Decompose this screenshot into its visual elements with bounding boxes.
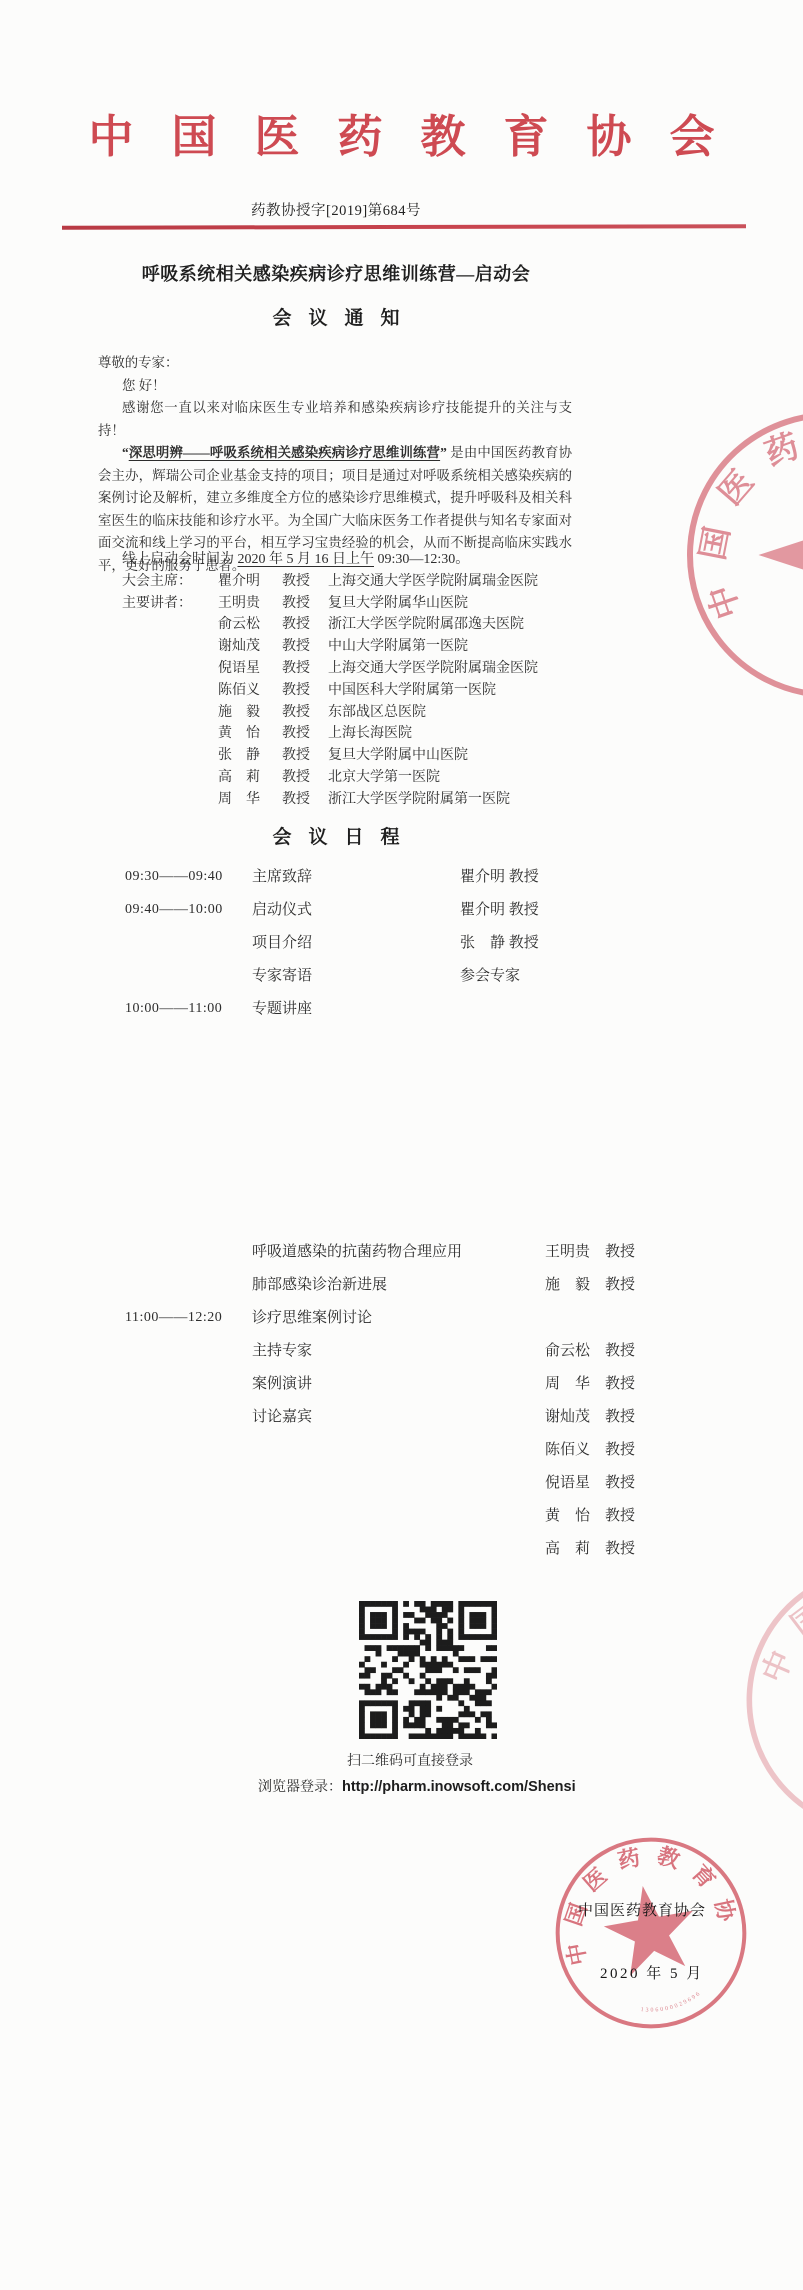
- login-qr-code: [359, 1601, 497, 1739]
- speaker-title: 教授: [282, 767, 310, 789]
- agenda-row: 高 莉 教授: [0, 1540, 803, 1573]
- seal-ring-text: 中国医药教育协会: [535, 1817, 743, 1972]
- speaker-name: 周 华: [218, 789, 260, 811]
- signature-org-name: 中国医药教育协会: [578, 1899, 706, 1920]
- speaker-name: 黄 怡: [218, 723, 260, 745]
- speaker-row: 俞云松 教授 浙江大学医学院附属邵逸夫医院: [98, 614, 758, 636]
- agenda-presenter: 瞿介明 教授: [460, 901, 539, 919]
- agenda-presenter: 黄 怡 教授: [545, 1507, 635, 1525]
- agenda-presenter: 倪语星 教授: [545, 1474, 635, 1492]
- speaker-row: 倪语星 教授 上海交通大学医学院附属瑞金医院: [98, 658, 758, 680]
- time-prefix: 线上启动会时间为: [122, 552, 238, 567]
- speaker-hospital: 中山大学附属第一医院: [328, 636, 468, 658]
- agenda-presenter: 周 华 教授: [545, 1375, 635, 1393]
- speaker-row: 主要讲者： 王明贵 教授 复旦大学附属华山医院: [98, 593, 758, 615]
- speaker-title: 教授: [282, 636, 310, 658]
- speaker-row: 黄 怡 教授 上海长海医院: [98, 723, 758, 745]
- agenda-item: 专题讲座: [252, 1000, 312, 1018]
- speaker-row: 张 静 教授 复旦大学附属中山医院: [98, 745, 758, 767]
- speaker-row: 施 毅 教授 东部战区总医院: [98, 702, 758, 724]
- agenda-time: 10:00——11:00: [125, 1000, 222, 1018]
- quote-open: “: [122, 445, 129, 460]
- letterhead-org-title: 中国医药教育协会: [19, 100, 803, 165]
- speaker-hospital: 北京大学第一医院: [328, 767, 440, 789]
- agenda-presenter: 施 毅 教授: [545, 1276, 635, 1294]
- speaker-title: 教授: [282, 789, 310, 811]
- speaker-hospital: 上海交通大学医学院附属瑞金医院: [328, 658, 538, 680]
- meeting-date-underlined: 2020 年 5 月 16 日上午: [238, 552, 375, 567]
- speaker-name: 谢灿茂: [218, 636, 260, 658]
- agenda-item: 启动仪式: [252, 901, 312, 919]
- letterhead-divider-line: [62, 224, 746, 229]
- seal-ring: [543, 1825, 759, 2041]
- browser-login-line: 浏览器登录：http://pharm.inowsoft.com/Shensi: [258, 1776, 576, 1796]
- greeting: 您 好！: [98, 375, 572, 398]
- speaker-name: 高 莉: [218, 767, 260, 789]
- agenda-item: 专家寄语: [252, 967, 312, 985]
- speaker-list: 大会主席： 瞿介明 教授 上海交通大学医学院附属瑞金医院 主要讲者： 王明贵 教…: [98, 571, 758, 811]
- page-title: 呼吸系统相关感染疾病诊疗思维训练营—启动会: [0, 260, 672, 286]
- agenda-item: 肺部感染诊治新进展: [252, 1276, 387, 1294]
- speaker-row: 大会主席： 瞿介明 教授 上海交通大学医学院附属瑞金医院: [98, 571, 758, 593]
- salutation: 尊敬的专家：: [98, 352, 572, 375]
- agenda-block-1: 09:30——09:40 主席致辞 瞿介明 教授 09:40——10:00 启动…: [0, 868, 803, 1033]
- speaker-title: 教授: [282, 571, 310, 593]
- speaker-title: 教授: [282, 745, 310, 767]
- speaker-hospital: 中国医科大学附属第一医院: [328, 680, 496, 702]
- letter-body: 尊敬的专家： 您 好！ 感谢您一直以来对临床医生专业培养和感染疾病诊疗技能提升的…: [98, 352, 572, 577]
- speaker-name: 施 毅: [218, 702, 260, 724]
- agenda-item: 案例演讲: [252, 1375, 312, 1393]
- signature-date: 2020 年 5 月: [600, 1962, 704, 1983]
- speaker-title: 教授: [282, 614, 310, 636]
- paragraph-thanks: 感谢您一直以来对临床医生专业培养和感染疾病诊疗技能提升的关注与支持！: [98, 397, 572, 442]
- project-name-highlight: 深思明辨——呼吸系统相关感染疾病诊疗思维训练营: [129, 445, 440, 460]
- agenda-row: 呼吸道感染的抗菌药物合理应用 王明贵 教授: [0, 1243, 803, 1276]
- agenda-row: 陈佰义 教授: [0, 1441, 803, 1474]
- official-seal-bottom: 中国医药教育协会 1306000029696: [535, 1817, 767, 2049]
- agenda-block-2: 呼吸道感染的抗菌药物合理应用 王明贵 教授 肺部感染诊治新进展 施 毅 教授 1…: [0, 1243, 803, 1573]
- agenda-item: 呼吸道感染的抗菌药物合理应用: [252, 1243, 462, 1261]
- speaker-hospital: 浙江大学医学院附属第一医院: [328, 789, 510, 811]
- speaker-name: 王明贵: [218, 593, 260, 615]
- speaker-name: 倪语星: [218, 658, 260, 680]
- agenda-item: 诊疗思维案例讨论: [252, 1309, 372, 1327]
- meeting-time-line: 线上启动会时间为 2020 年 5 月 16 日上午 09:30—12:30。: [98, 549, 758, 571]
- agenda-row: 肺部感染诊治新进展 施 毅 教授: [0, 1276, 803, 1309]
- login-label: 浏览器登录：: [258, 1780, 342, 1795]
- seal-ring: [707, 1527, 803, 1872]
- speaker-title: 教授: [282, 593, 310, 615]
- agenda-item: 主持专家: [252, 1342, 312, 1360]
- agenda-row: 项目介绍 张 静 教授: [0, 934, 803, 967]
- speaker-name: 陈佰义: [218, 680, 260, 702]
- login-url: http://pharm.inowsoft.com/Shensi: [342, 1779, 576, 1795]
- speaker-name: 瞿介明: [218, 571, 260, 593]
- agenda-time: 09:40——10:00: [125, 901, 223, 919]
- speaker-hospital: 上海交通大学医学院附属瑞金医院: [328, 571, 538, 593]
- speaker-role-label: 大会主席：: [122, 571, 192, 593]
- document-number: 药教协授字[2019]第684号: [0, 199, 672, 220]
- speaker-row: 高 莉 教授 北京大学第一医院: [98, 767, 758, 789]
- agenda-row: 11:00——12:20 诊疗思维案例讨论: [0, 1309, 803, 1342]
- speaker-section: 线上启动会时间为 2020 年 5 月 16 日上午 09:30—12:30。 …: [98, 549, 758, 811]
- agenda-row: 讨论嘉宾 谢灿茂 教授: [0, 1408, 803, 1441]
- agenda-row: 09:30——09:40 主席致辞 瞿介明 教授: [0, 868, 803, 901]
- agenda-row: 案例演讲 周 华 教授: [0, 1375, 803, 1408]
- agenda-row: 专家寄语 参会专家: [0, 967, 803, 1000]
- speaker-title: 教授: [282, 723, 310, 745]
- agenda-presenter: 高 莉 教授: [545, 1540, 635, 1558]
- speaker-row: 陈佰义 教授 中国医科大学附属第一医院: [98, 680, 758, 702]
- agenda-time: 11:00——12:20: [125, 1309, 222, 1327]
- agenda-presenter: 张 静 教授: [460, 934, 539, 952]
- agenda-presenter: 瞿介明 教授: [460, 868, 539, 886]
- agenda-row: 黄 怡 教授: [0, 1507, 803, 1540]
- speaker-hospital: 上海长海医院: [328, 723, 412, 745]
- speaker-title: 教授: [282, 702, 310, 724]
- speaker-title: 教授: [282, 658, 310, 680]
- quote-close: ”: [440, 445, 447, 460]
- speaker-name: 俞云松: [218, 614, 260, 636]
- agenda-row: 主持专家 俞云松 教授: [0, 1342, 803, 1375]
- speaker-title: 教授: [282, 680, 310, 702]
- speaker-row: 周 华 教授 浙江大学医学院附属第一医院: [98, 789, 758, 811]
- speaker-role-label: 主要讲者：: [122, 593, 192, 615]
- agenda-row: 倪语星 教授: [0, 1474, 803, 1507]
- agenda-presenter: 参会专家: [460, 967, 520, 985]
- speaker-hospital: 复旦大学附属中山医院: [328, 745, 468, 767]
- agenda-item: 项目介绍: [252, 934, 312, 952]
- notice-subtitle: 会议通知: [0, 303, 672, 330]
- time-suffix: 09:30—12:30。: [374, 552, 469, 567]
- agenda-item: 主席致辞: [252, 868, 312, 886]
- agenda-time: 09:30——09:40: [125, 868, 223, 886]
- agenda-presenter: 谢灿茂 教授: [545, 1408, 635, 1426]
- agenda-heading: 会议日程: [0, 822, 672, 849]
- speaker-hospital: 浙江大学医学院附属邵逸夫医院: [328, 614, 524, 636]
- speaker-hospital: 复旦大学附属华山医院: [328, 593, 468, 615]
- agenda-row: 09:40——10:00 启动仪式 瞿介明 教授: [0, 901, 803, 934]
- agenda-presenter: 俞云松 教授: [545, 1342, 635, 1360]
- agenda-row: 10:00——11:00 专题讲座: [0, 1000, 803, 1033]
- speaker-row: 谢灿茂 教授 中山大学附属第一医院: [98, 636, 758, 658]
- seal-serial-number: 1306000029696: [638, 1990, 704, 2017]
- scanned-notice-page: 中国医药教育协会 药教协授字[2019]第684号 呼吸系统相关感染疾病诊疗思维…: [0, 0, 803, 2290]
- speaker-name: 张 静: [218, 745, 260, 767]
- agenda-item: 讨论嘉宾: [252, 1408, 312, 1426]
- speaker-hospital: 东部战区总医院: [328, 702, 426, 724]
- agenda-presenter: 陈佰义 教授: [545, 1441, 635, 1459]
- agenda-presenter: 王明贵 教授: [545, 1243, 635, 1261]
- qr-caption: 扫二维码可直接登录: [300, 1750, 520, 1770]
